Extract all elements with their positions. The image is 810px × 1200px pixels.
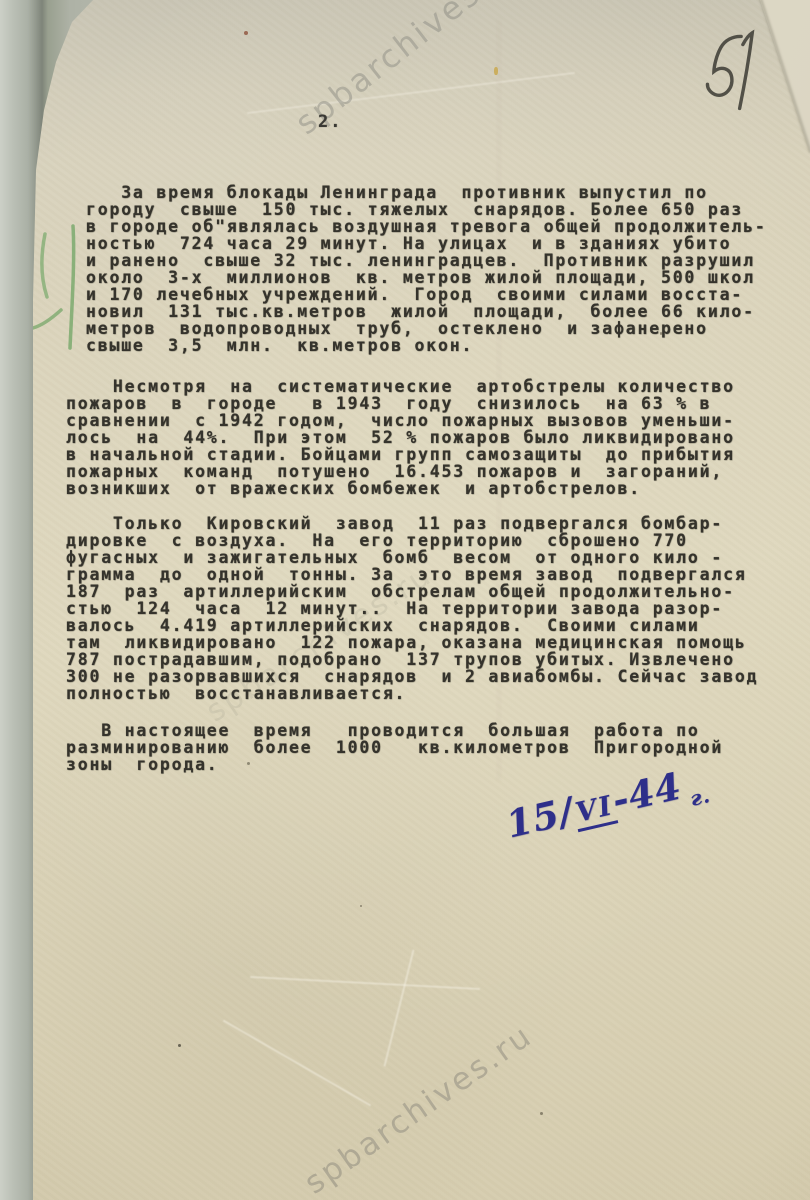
archival-document-scan: spbarchives.ru spbarchives.ru spbarchive… — [0, 0, 810, 1200]
paragraph-blockade-shelling: За время блокады Ленинграда противник вы… — [86, 184, 767, 354]
paper-speck — [540, 1112, 543, 1115]
paragraph-demining: В настоящее время проводится большая раб… — [66, 722, 767, 773]
date-suffix: г. — [688, 783, 713, 811]
paper-speck — [244, 31, 248, 35]
paragraph-fires-1943: Несмотря на систематические артобстрелы … — [66, 378, 767, 497]
paper-speck — [360, 905, 362, 907]
paper-crease — [384, 950, 415, 1067]
typewritten-text-block: За время блокады Ленинграда противник вы… — [66, 184, 767, 773]
paragraph-kirov-plant: Только Кировский завод 11 раз подвергалс… — [66, 515, 767, 702]
handwritten-sheet-number: 51 — [694, 21, 761, 117]
paper-page: spbarchives.ru spbarchives.ru spbarchive… — [0, 0, 810, 1200]
date-day: 15/ — [502, 788, 578, 846]
paper-crease — [250, 976, 480, 990]
paper-speck — [178, 1044, 181, 1047]
paper-speck — [494, 67, 498, 75]
paper-crease — [223, 1020, 371, 1107]
watermark-bottom: spbarchives.ru — [298, 1017, 540, 1200]
typed-page-number: 2. — [318, 112, 342, 132]
